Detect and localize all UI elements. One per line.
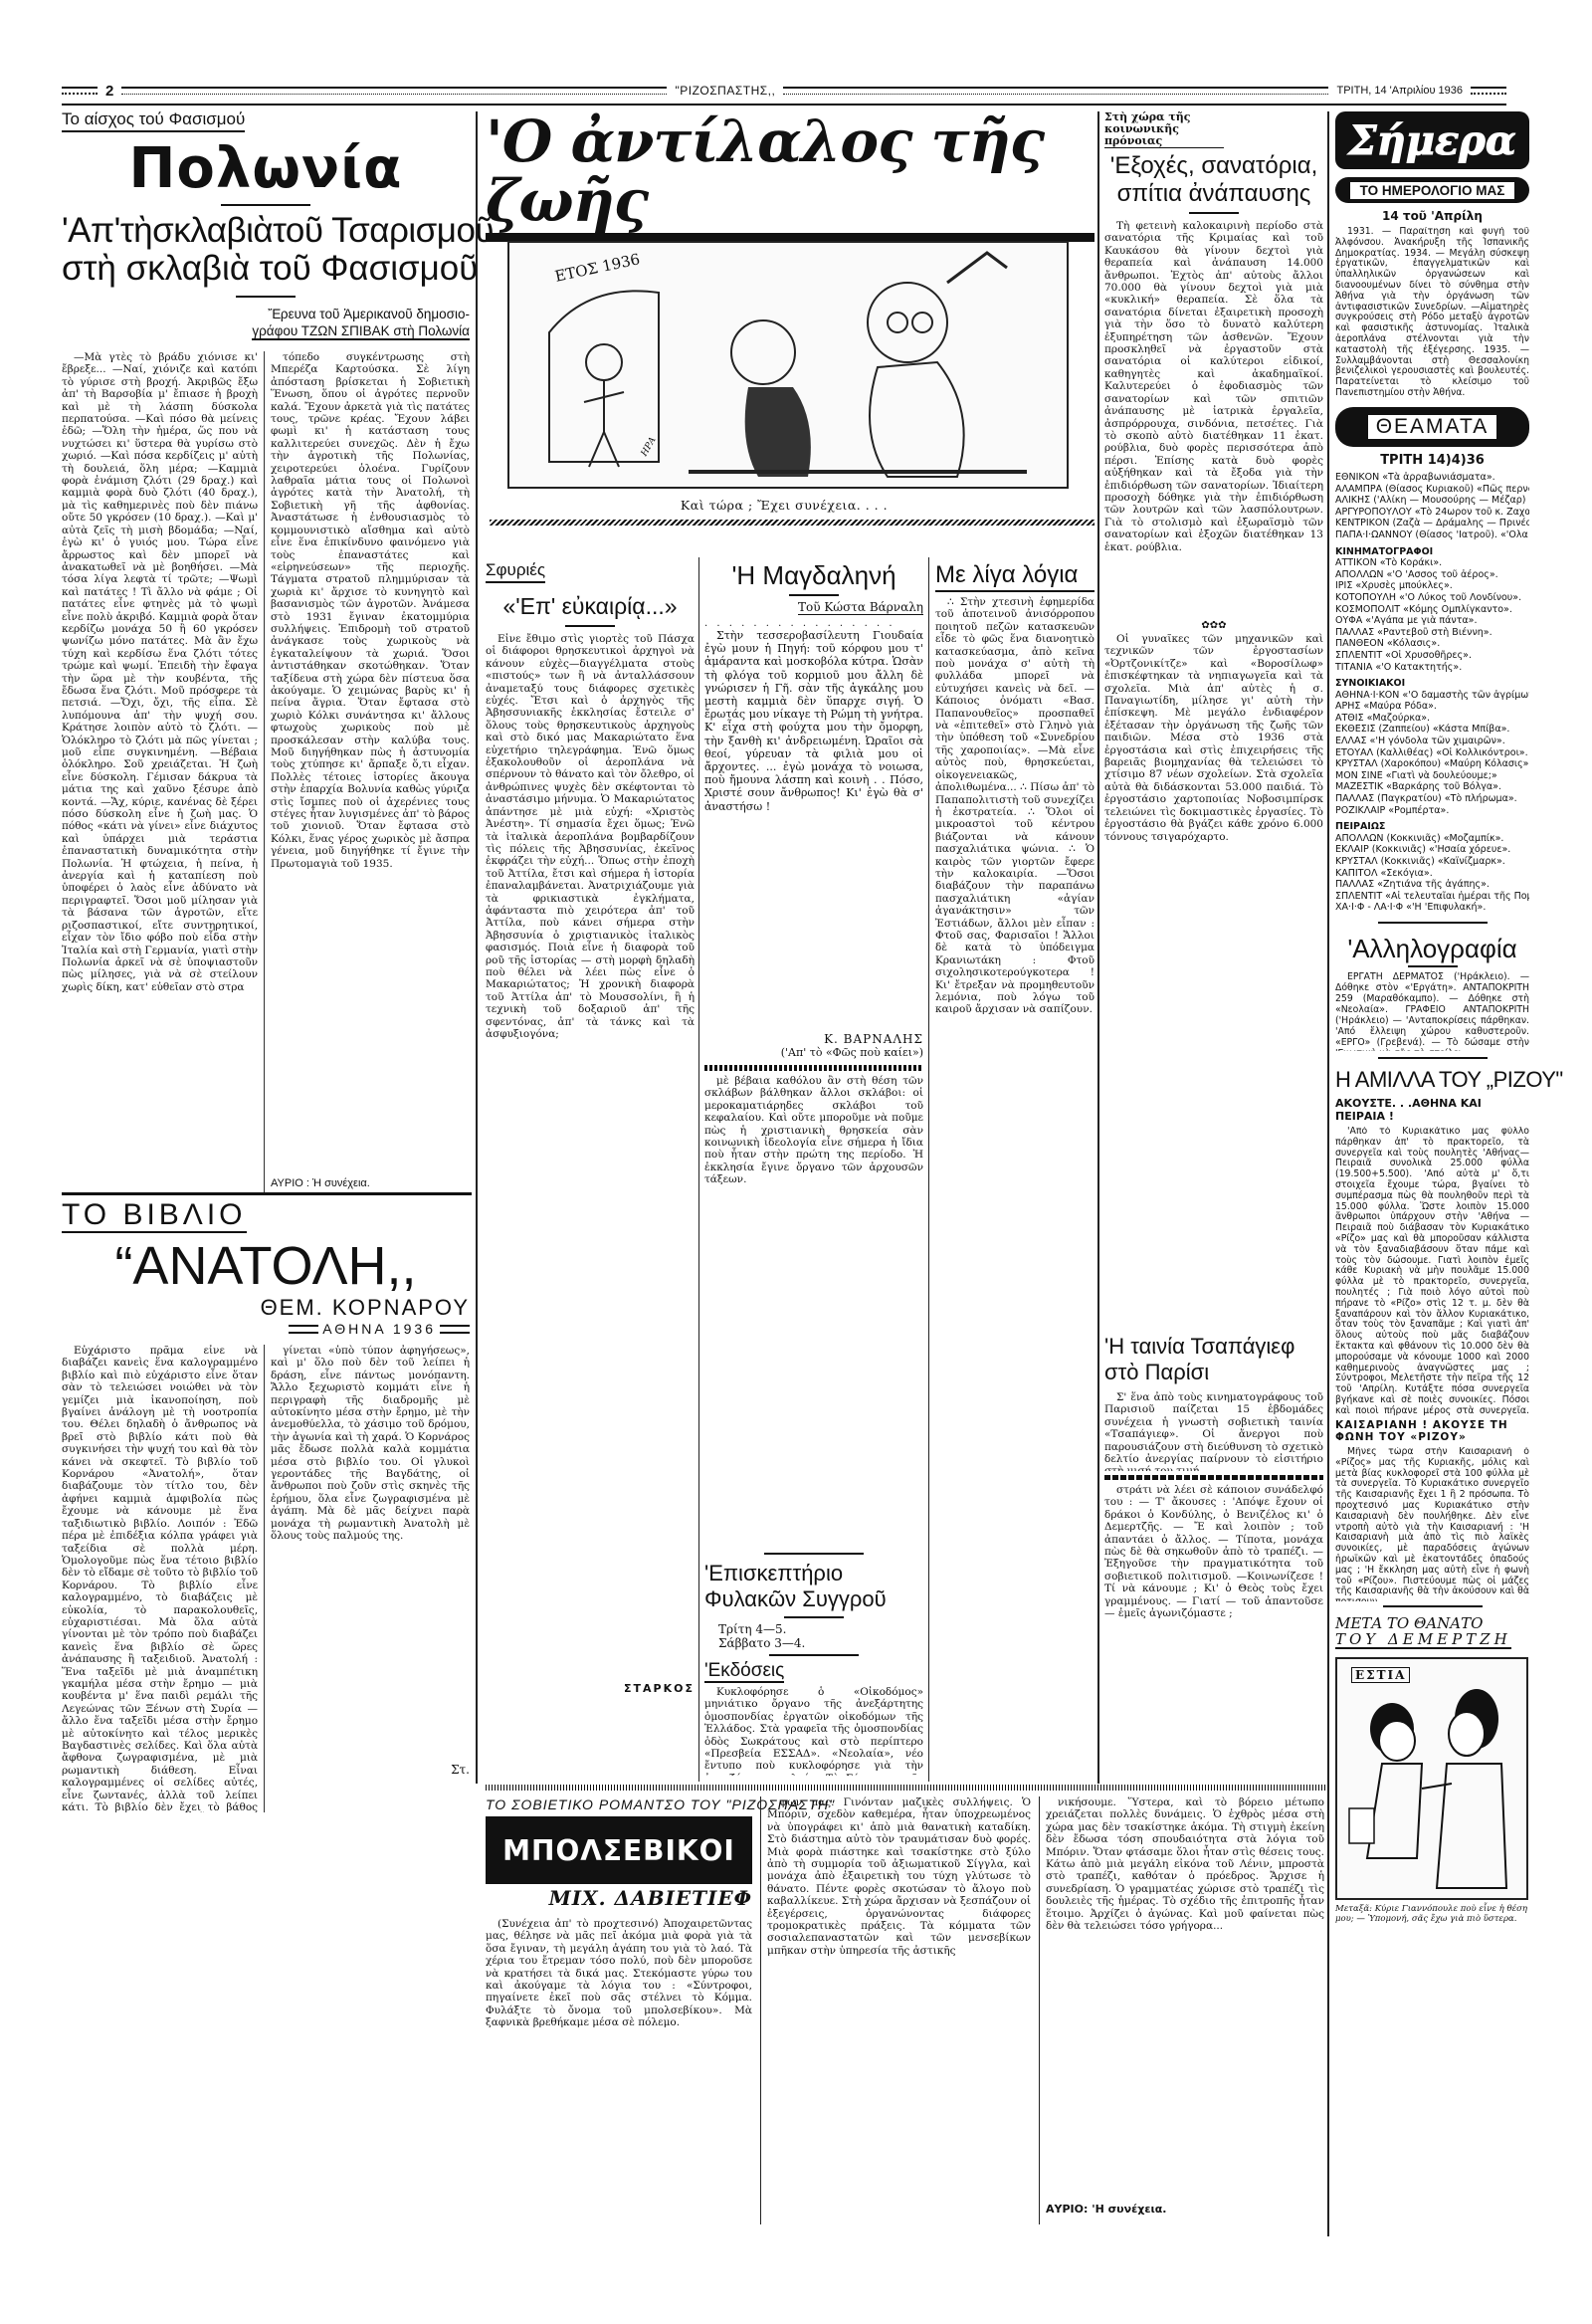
listing-item: ΑΤΤΙΚΟΝ «Τὸ Κοράκι». bbox=[1335, 557, 1529, 569]
correspondence-title: 'Αλληλογραφία bbox=[1335, 934, 1529, 963]
continued-note: ΑΥΡΙΟ: 'Η συνέχεια. bbox=[1046, 2203, 1324, 2216]
column-divider bbox=[476, 111, 478, 1784]
serial-column: (Συνέχεια ἀπ' τὸ προχτεσινό) Ἀποχαιρετῶν… bbox=[486, 1918, 752, 2236]
section-kicker: ΤΟ ΒΙΒΛΙΟ bbox=[62, 1199, 247, 1233]
notice-title: 'Εκδόσεις bbox=[704, 1660, 784, 1683]
listing-item: ΣΠΛΕΝΤΙΤ «Αἱ τελευταῖαι ἡμέραι τῆς Πομπη… bbox=[1335, 891, 1529, 903]
paper-name: "ΡΙΖΟΣΠΑΣΤΗΣ,, bbox=[675, 84, 775, 98]
notices-block: 'Επισκεπτήριο Φυλακῶν Συγγροῦ Τρίτη 4—5.… bbox=[704, 1553, 923, 1782]
listing-item: ΚΕΝΤΡΙΚΟΝ (Ζαζὰ — Δράμαλης — Πρινέας). «… bbox=[1335, 518, 1529, 529]
listing-item: ΑΠΟΛΛΩΝ «'Ο 'Ασσος τοῦ ἀέρος». bbox=[1335, 569, 1529, 581]
listing-item: ΕΛΛΑΣ «'Η γόνδολα τῶν χιμαιρῶν». bbox=[1335, 736, 1529, 747]
listing-item: ΠΑΝΘΕΟΝ «Κόλασις». bbox=[1335, 638, 1529, 650]
article-title: 'Η ταινία Τσαπάγιεφ στὸ Παρίσι bbox=[1104, 1334, 1323, 1385]
serial-column: νικήσουμε. Ὕστερα, καὶ τὸ βόρειο μέτωπο … bbox=[1046, 1796, 1324, 2203]
column-title: Με λίγα λόγια bbox=[935, 560, 1094, 592]
listing-item: ΚΡΥΣΤΑΛ (Κοκκινιᾶς) «Καϊνίζμαρκ». bbox=[1335, 856, 1529, 868]
article-tchapaev: 'Η ταινία Τσαπάγιεφ στὸ Παρίσι Σ' ἕνα ἀπ… bbox=[1104, 1334, 1323, 1782]
poem-author: Τοῦ Κώστα Βάρναλη bbox=[798, 600, 923, 615]
listing-item: ΚΟΤΟΠΟΥΛΗ «'Ο Λύκος τοῦ Λονδίνου». bbox=[1335, 592, 1529, 604]
antilalos-feature: 'Ο ἀντίλαλος τῆς ζωῆς „ΔΙΣΕΧΤΟΣ ΠΟΛΙΤΙΚΟ… bbox=[486, 111, 1094, 559]
listing-item: ΜΟΝ ΣΙΝΕ «Γιατὶ νὰ δουλεύουμε;» bbox=[1335, 770, 1529, 782]
correspondence-body: ΕΡΓΑΤΗ ΔΕΡΜΑΤΟΣ ('Ηράκλειο). — Δόθηκε στ… bbox=[1335, 971, 1529, 1051]
masthead-rule bbox=[62, 104, 1506, 106]
listing-item: ΕΚΘΕΣΙΣ (Ζαππείου) «Κάστα Μπίβα». bbox=[1335, 724, 1529, 736]
listing-item: ΤΙΤΑΝΙΑ «'Ο Κατακτητής». bbox=[1335, 662, 1529, 674]
masthead: 2 "ΡΙΖΟΣΠΑΣΤΗΣ,, ΤΡΙΤΗ, 14 'Απριλίου 193… bbox=[62, 82, 1506, 100]
decorative-divider bbox=[490, 520, 1094, 526]
listing-item: ΕΤΟΥΑΛ (Καλλιθέας) «Οἱ Κολλικόντροι». bbox=[1335, 747, 1529, 759]
campaign-body: Μῆνες τώρα στὴν Καισαριανὴ ὁ «Ρίζος» μας… bbox=[1335, 1447, 1529, 1601]
calendar-date: 14 τοῦ 'Απρίλη bbox=[1335, 209, 1529, 223]
listing-item: ΑΡΓΥΡΟΠΟΥΛΟΥ «Τὸ 24ωρον τοῦ κ. Ζαχαρίας»… bbox=[1335, 507, 1529, 519]
serial-logo: ΜΠΟΛΣΕΒΙΚΟΙ bbox=[502, 1834, 735, 1867]
article-sanatoria: Στὴ χώρα τῆς κοινωνικῆς πρόνοιας 'Εξοχές… bbox=[1104, 111, 1323, 1336]
article-body: Τὴ φετεινὴ καλοκαιρινὴ περίοδο στὰ σανατ… bbox=[1104, 220, 1323, 618]
listing-item: ΑΠΟΛΛΩΝ (Κοκκινιᾶς) «Μοζαμπίκ». bbox=[1335, 833, 1529, 845]
book-title: “ΑΝΑΤΟΛΗ,, bbox=[62, 1237, 470, 1295]
article-subtitle: 'Απ'τὴσκλαβιὰτοῦ Τσαρισμοῦ bbox=[62, 212, 470, 250]
serial-column: ψων μας. Γινόνταν μαζικὲς συλλήψεις. Ὁ Μ… bbox=[767, 1796, 1031, 2224]
column-kicker: Σφυριές bbox=[486, 560, 545, 583]
cartoon-heading: ΜΕΤΑ ΤΟ ΘΑΝΑΤΟ ΤΟΥ ΔΕΜΕΡΤΖΗ bbox=[1335, 1615, 1529, 1649]
article-body: Εἶνε ἔθιμο στὶς γιορτὲς τοῦ Πάσχα οἱ διά… bbox=[486, 633, 695, 1678]
serial-kicker: ΤΟ ΣΟΒΙΕΤΙΚΟ ΡΟΜΑΝΤΣΟ ΤΟΥ "ΡΙΖΟΣΠΑΣΤΗ" bbox=[486, 1796, 752, 1812]
article-byline: Ἔρευνα τοῦ Ἀμερικανοῦ δημοσιο- γράφου ΤΖ… bbox=[62, 306, 470, 339]
notice-body: Κυκλοφόρησε ὁ «Οἰκοδόμος» μηνιάτικο ὄργα… bbox=[704, 1686, 923, 1776]
article-title: «'Επ' εὐκαιρίᾳ...» bbox=[486, 591, 695, 621]
political-cartoon: ΕΤΟΣ 1936 ΗΡΑ bbox=[507, 241, 1069, 489]
article-book-review: ΤΟ ΒΙΒΛΙΟ “ΑΝΑΤΟΛΗ,, ΘΕΜ. ΚΟΡΝΑΡΟΥ ΑΘΗΝΑ… bbox=[62, 1199, 470, 1826]
continued-note: ΑΥΡΙΟ : Ἡ συνέχεια. bbox=[271, 1177, 470, 1189]
article-kicker: Το αίσχος τού Φασισμού bbox=[62, 109, 245, 132]
campaign-subtitle: ΑΚΟΥΣΤΕ. . .ΑΘΗΝΑ ΚΑΙ ΠΕΙΡΑΙΑ ! bbox=[1335, 1097, 1529, 1123]
listing-item: ΠΑΛΛΑΣ «Ραντεβοῦ στὴ Βιέννη». bbox=[1335, 627, 1529, 639]
listing-item: ΠΑΛΛΑΣ (Παγκρατίου) «Τὸ πλήρωμα». bbox=[1335, 793, 1529, 805]
listing-item: ΑΤΘΙΣ «Μαζούρκα». bbox=[1335, 713, 1529, 725]
article-column: τόπεδο συγκέντρωσης στὴ Μπερέζα Καρτούσκ… bbox=[271, 351, 470, 1177]
page-number: 2 bbox=[105, 83, 113, 100]
article-column: Εὐχάριστο πρᾶμα εἶνε νὰ διαβάζει κανεὶς … bbox=[62, 1345, 258, 1812]
listing-item: ΑΡΗΣ «Μαύρα Ρόδα». bbox=[1335, 701, 1529, 713]
cartoon-caption: Καὶ τώρα ; Ἔχει συνέχεια. . . . bbox=[486, 498, 1083, 513]
article-sfyries: Σφυριές «'Επ' εὐκαιρίᾳ...» Εἶνε ἔθιμο στ… bbox=[486, 560, 695, 1775]
listing-item: ΡΟΖΙΚΛΑΙΡ «Ρομπέρτα». bbox=[1335, 805, 1529, 817]
article-column: —Μὰ γτὲς τὸ βράδυ χιόνισε κι' ἔβρεξε... … bbox=[62, 351, 258, 1192]
book-publication: ΑΘΗΝΑ 1936 bbox=[322, 1321, 436, 1337]
listing-item: ΚΑΠΙΤΟΛ «Σεκόγια». bbox=[1335, 868, 1529, 880]
article-title: 'Εξοχές, σανατόρια, σπίτια ἀνάπαυσης bbox=[1104, 152, 1323, 208]
article-kicker: Στὴ χώρα τῆς κοινωνικῆς πρόνοιας bbox=[1104, 111, 1224, 148]
listings: ΕΘΝΙΚΟΝ «Τὰ ἀρραβωνιάσματα». ΑΛΑΜΠΡΑ (Θί… bbox=[1335, 472, 1529, 914]
article-subtitle: στὴ σκλαβιὰ τοῦ Φασισμοῦ bbox=[62, 250, 470, 288]
listing-heading: ΚΙΝΗΜΑΤΟΓΡΑΦΟΙ bbox=[1335, 546, 1529, 558]
campaign-subtitle: ΚΑΙΣΑΡΙΑΝΗ ! ΑΚΟΥΣΕ ΤΗ ΦΩΝΗ ΤΟΥ «ΡΙΖΟΥ» bbox=[1335, 1419, 1529, 1443]
article-body: Σ' ἕνα ἀπὸ τοὺς κινηματογράφους τοῦ Παρι… bbox=[1104, 1391, 1323, 1471]
listing-heading: ΠΕΙΡΑΙΩΣ bbox=[1335, 821, 1529, 833]
political-cartoon: ΕΣΤΙΑ bbox=[1335, 1657, 1528, 1900]
calendar-entries: 1931. — Παραίτηση καὶ φυγὴ τοῦ Ἀλφόνσου.… bbox=[1335, 227, 1529, 401]
article-signature: ΣΤΑΡΚΟΣ bbox=[486, 1682, 695, 1695]
poem-magdalene: 'Η Μαγδαληνή Τοῦ Κώστα Βάρναλη . . . . .… bbox=[704, 560, 923, 1376]
listing-item: ΑΛΑΜΠΡΑ (Θίασος Κυριακοῦ) «Πῶς περνοῦν ο… bbox=[1335, 484, 1529, 496]
listing-item: ΟΥΦΑ «'Αγάπα με γιὰ πάντα». bbox=[1335, 615, 1529, 627]
article-signature: Στ. bbox=[271, 1763, 470, 1777]
article-continuation: μὲ βέβαια καθόλου ἂν στὴ θέση τῶν σκλάβω… bbox=[704, 1075, 923, 1354]
listing-item: ΣΠΛΕΝΤΙΤ «Οἱ Χρυσοθῆρες». bbox=[1335, 650, 1529, 662]
visiting-hours: Σάββατο 3—4. bbox=[718, 1636, 923, 1650]
section-rule bbox=[62, 1192, 472, 1195]
book-author: ΘΕΜ. ΚΟΡΝΑΡΟΥ bbox=[62, 1295, 470, 1321]
listings-date: ΤΡΙΤΗ 14)4)36 bbox=[1335, 453, 1529, 468]
listing-item: ΚΟΣΜΟΠΟΛΙΤ «Κόμης Ομπλίγκαντο». bbox=[1335, 604, 1529, 616]
feature-logo: 'Ο ἀντίλαλος τῆς ζωῆς bbox=[486, 111, 1094, 231]
right-column: Σήμερα ΤΟ ΗΜΕΡΟΛΟΓΙΟ ΜΑΣ 14 τοῦ 'Απρίλη … bbox=[1335, 111, 1529, 2236]
listing-item: ΑΘΗΝΑ·Ι·ΚΟΝ «'Ο δαμαστὴς τῶν ἀγρίμων». bbox=[1335, 690, 1529, 702]
simera-logo: Σήμερα bbox=[1348, 117, 1515, 164]
listing-item: ΧΑ·Ι·Φ - ΛΑ·Ι·Φ «'Η 'Επιφυλακή». bbox=[1335, 902, 1529, 914]
listing-heading: ΣΥΝΟΙΚΙΑΚΟΙ bbox=[1335, 678, 1529, 690]
listing-item: ΕΘΝΙΚΟΝ «Τὰ ἀρραβωνιάσματα». bbox=[1335, 472, 1529, 484]
calendar-title: ΤΟ ΗΜΕΡΟΛΟΓΙΟ ΜΑΣ bbox=[1350, 182, 1515, 199]
listing-item: ΙΡΙΣ «Χρυσὲς μπούκλες». bbox=[1335, 580, 1529, 592]
article-column: γίνεται «ὑπὸ τύπον ἀφηγήσεως», καὶ μ' ὅλ… bbox=[271, 1345, 470, 1763]
serial-logo-box: ΜΠΟΛΣΕΒΙΚΟΙ bbox=[486, 1816, 752, 1884]
article-body: στράτι νὰ λέει σὲ κάποιον συνάδελφό του … bbox=[1104, 1484, 1323, 1822]
campaign-body: 'Από τὸ Κυριακάτικο μας φύλλο πάρθηκαν ἀ… bbox=[1335, 1127, 1529, 1415]
listing-item: ΠΑΠΑ·Ι·ΩΑΝΝΟΥ (Θίασος 'Ιατροῦ). «'Ολα ἐν… bbox=[1335, 529, 1529, 541]
poem-text: Στὴν τεσσεροβασίλευτη Γιουδαία ἐγὼ μουν … bbox=[704, 629, 923, 1032]
column-briefly: Με λίγα λόγια ∴ Στὴν χτεσινὴ ἐφημερίδα τ… bbox=[935, 560, 1094, 1780]
campaign-title: Η ΑΜΙΛΛΑ ΤΟΥ „ΡΙΖΟΥ" bbox=[1335, 1067, 1529, 1093]
serial-author: ΜΙΧ. ΔΑΒΙΕΤΙΕΦ bbox=[486, 1886, 752, 1910]
listings-title: ΘΕΑΜΑΤΑ bbox=[1368, 415, 1497, 439]
poem-signature: Κ. ΒΑΡΝΑΛΗΣ bbox=[704, 1032, 923, 1046]
serial-novel: ΤΟ ΣΟΒΙΕΤΙΚΟ ΡΟΜΑΝΤΣΟ ΤΟΥ "ΡΙΖΟΣΠΑΣΤΗ" Μ… bbox=[486, 1796, 1327, 2239]
poem-source: ('Απ' τὸ «Φῶς ποὺ καίει») bbox=[704, 1046, 923, 1059]
listing-item: ΠΑΛΛΑΣ «Ζητιάνα τῆς ἀγάπης». bbox=[1335, 879, 1529, 891]
simera-logo-box: Σήμερα bbox=[1335, 111, 1529, 169]
notice-title: 'Επισκεπτήριο Φυλακῶν Συγγροῦ bbox=[704, 1561, 923, 1612]
column-body: ∴ Στὴν χτεσινὴ ἐφημερίδα τοῦ ἀποτεινοῦ ἀ… bbox=[935, 596, 1094, 1791]
column-divider bbox=[1097, 111, 1099, 1784]
column-divider bbox=[1327, 111, 1329, 2236]
cartoon-illustration-icon bbox=[1337, 1659, 1526, 1898]
listing-item: ΚΡΥΣΤΑΛ (Χαροκόπου) «Μαύρη Κόλασις». bbox=[1335, 758, 1529, 770]
listing-item: ΑΛΙΚΗΣ ('Αλίκη — Μουσούρης — Μέζαρ) «Ρωμ… bbox=[1335, 495, 1529, 507]
cartoon-caption: Μεταξᾶ: Κύριε Γιαννόπουλε ποὺ εἶνε ἡ θέσ… bbox=[1335, 1904, 1529, 1924]
article-title: Πολωνία bbox=[62, 138, 470, 200]
poem-title: 'Η Μαγδαληνή bbox=[704, 560, 923, 590]
cartoon-illustration-icon bbox=[509, 243, 1067, 487]
cartoon-sign: ΕΣΤΙΑ bbox=[1351, 1667, 1410, 1683]
listing-item: ΕΚΛΑΙΡ (Κοκκινιᾶς) «'Ησαία χόρευε». bbox=[1335, 844, 1529, 856]
column-divider bbox=[698, 557, 699, 1782]
visiting-hours: Τρίτη 4—5. bbox=[718, 1622, 923, 1636]
article-body: Οἱ γυναῖκες τῶν μηχανικῶν καὶ τεχνικῶν τ… bbox=[1104, 633, 1323, 1330]
listing-item: ΜΑΖΕΣΤΙΚ «Βαρκάρης τοῦ Βόλγα». bbox=[1335, 781, 1529, 793]
decorative-divider bbox=[486, 1785, 1327, 1791]
column-divider bbox=[928, 557, 929, 1782]
article-poland: Το αίσχος τού Φασισμού Πολωνία 'Απ'τὴσκλ… bbox=[62, 109, 470, 1189]
issue-date: ΤΡΙΤΗ, 14 'Απριλίου 1936 bbox=[1336, 85, 1463, 97]
